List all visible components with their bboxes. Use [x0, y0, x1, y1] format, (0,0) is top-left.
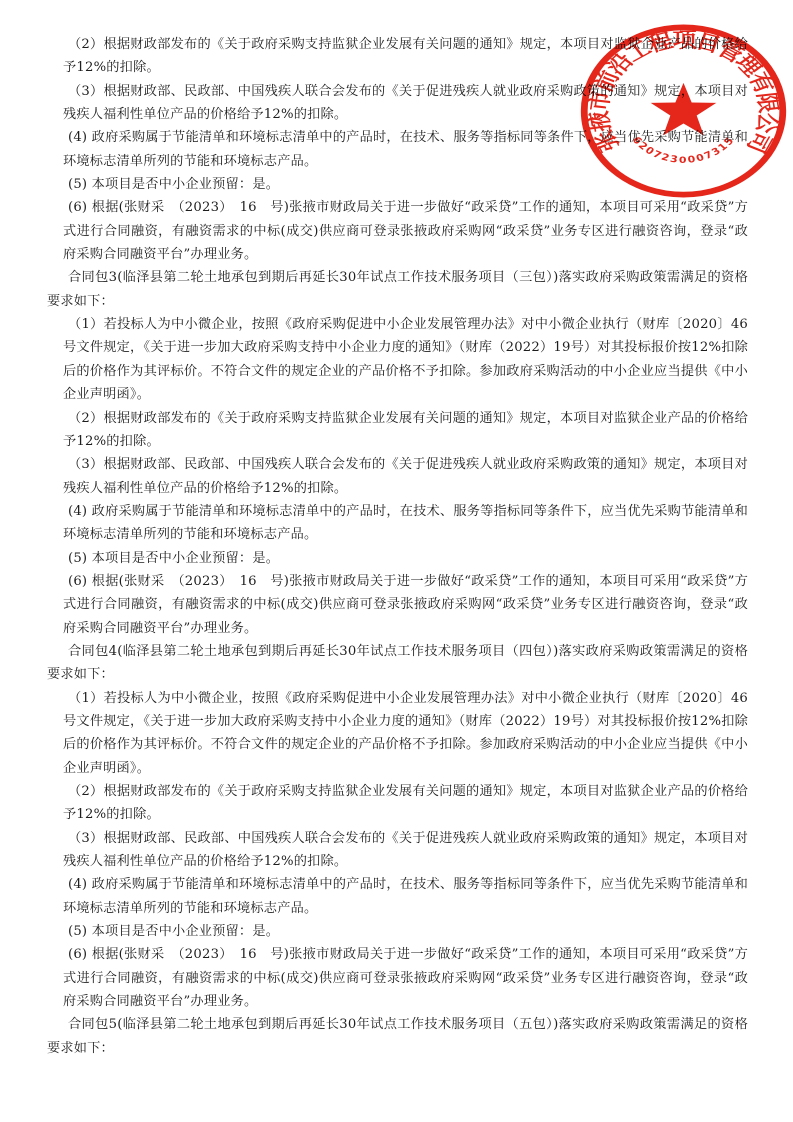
- policy-clause: （2）根据财政部发布的《关于政府采购支持监狱企业发展有关问题的通知》规定，本项目…: [63, 33, 748, 80]
- policy-clause: （2）根据财政部发布的《关于政府采购支持监狱企业发展有关问题的通知》规定，本项目…: [63, 407, 748, 454]
- policy-clause: （3）根据财政部、民政部、中国残疾人联合会发布的《关于促进残疾人就业政府采购政策…: [63, 80, 748, 127]
- package-heading: 合同包5(临泽县第二轮土地承包到期后再延长30年试点工作技术服务项目（五包）)落…: [47, 1013, 748, 1060]
- policy-clause: （3）根据财政部、民政部、中国残疾人联合会发布的《关于促进残疾人就业政府采购政策…: [63, 453, 748, 500]
- policy-clause: (5) 本项目是否中小企业预留：是。: [63, 547, 748, 570]
- policy-clause: (5) 本项目是否中小企业预留：是。: [63, 173, 748, 196]
- document-page: （2）根据财政部发布的《关于政府采购支持监狱企业发展有关问题的通知》规定，本项目…: [0, 0, 793, 1122]
- policy-clause: (6) 根据(张财采 （2023） 16 号)张掖市财政局关于进一步做好“政采贷…: [63, 943, 748, 1013]
- policy-clause: （1）若投标人为中小微企业，按照《政府采购促进中小企业发展管理办法》对中小微企业…: [63, 687, 748, 780]
- policy-clause: （2）根据财政部发布的《关于政府采购支持监狱企业发展有关问题的通知》规定，本项目…: [63, 780, 748, 827]
- policy-clause: （3）根据财政部、民政部、中国残疾人联合会发布的《关于促进残疾人就业政府采购政策…: [63, 827, 748, 874]
- document-body: （2）根据财政部发布的《关于政府采购支持监狱企业发展有关问题的通知》规定，本项目…: [0, 0, 793, 1060]
- policy-clause: （1）若投标人为中小微企业，按照《政府采购促进中小企业发展管理办法》对中小微企业…: [63, 313, 748, 406]
- policy-clause: (4) 政府采购属于节能清单和环境标志清单中的产品时，在技术、服务等指标同等条件…: [63, 500, 748, 547]
- policy-clause: (5) 本项目是否中小企业预留：是。: [63, 920, 748, 943]
- policy-clause: (4) 政府采购属于节能清单和环境标志清单中的产品时，在技术、服务等指标同等条件…: [63, 126, 748, 173]
- policy-clause: (4) 政府采购属于节能清单和环境标志清单中的产品时，在技术、服务等指标同等条件…: [63, 873, 748, 920]
- policy-clause: (6) 根据(张财采 （2023） 16 号)张掖市财政局关于进一步做好“政采贷…: [63, 196, 748, 266]
- policy-clause: (6) 根据(张财采 （2023） 16 号)张掖市财政局关于进一步做好“政采贷…: [63, 570, 748, 640]
- package-heading: 合同包3(临泽县第二轮土地承包到期后再延长30年试点工作技术服务项目（三包）)落…: [47, 266, 748, 313]
- package-heading: 合同包4(临泽县第二轮土地承包到期后再延长30年试点工作技术服务项目（四包）)落…: [47, 640, 748, 687]
